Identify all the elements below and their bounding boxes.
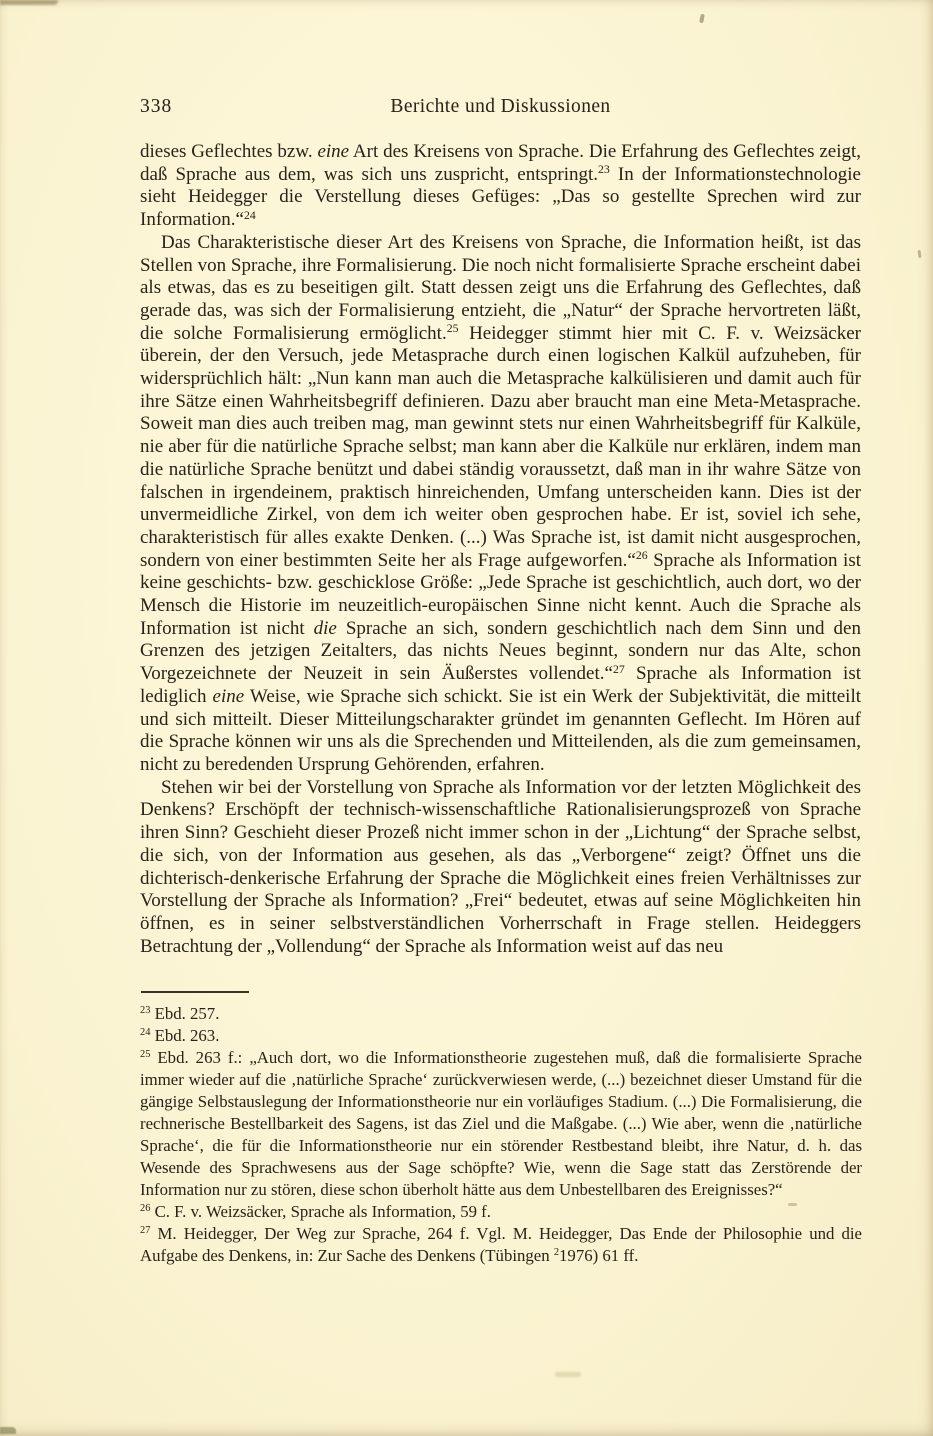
- text-run: Ebd. 257.: [150, 1004, 219, 1023]
- text-run: Ebd. 263.: [150, 1026, 219, 1045]
- footnote-ref: 2: [554, 1247, 559, 1258]
- text-run: C. F. v. Weizsäcker, Sprache als Informa…: [150, 1202, 491, 1221]
- footnote-ref: 25: [447, 322, 459, 335]
- footnote-separator-rule: [141, 991, 249, 993]
- footnote-ref: 27: [140, 1225, 150, 1236]
- text-run: Stehen wir bei der Vorstellung von Sprac…: [140, 777, 861, 957]
- footnote-25: 25 Ebd. 263 f.: „Auch dort, wo die Infor…: [140, 1047, 862, 1201]
- paragraph-continuation: dieses Geflechtes bzw. eine Art des Krei…: [140, 141, 861, 232]
- footnote-24: 24 Ebd. 263.: [140, 1025, 862, 1047]
- text-run: M. Heidegger, Der Weg zur Sprache, 264 f…: [140, 1224, 862, 1265]
- footnote-ref: 24: [244, 209, 256, 222]
- footnote-ref: 26: [140, 1203, 150, 1214]
- footnote-ref: 24: [140, 1027, 150, 1038]
- running-head: Berichte und Diskussionen: [140, 96, 861, 118]
- text-run: dieses Geflechtes bzw.: [140, 141, 317, 162]
- emphasis: eine: [317, 141, 349, 162]
- scan-smudge-top-left: [0, 0, 58, 5]
- scanned-book-page: 338 Berichte und Diskussionen dieses Gef…: [0, 0, 933, 1436]
- emphasis: eine: [213, 686, 245, 707]
- footnotes-block: 23 Ebd. 257. 24 Ebd. 263. 25 Ebd. 263 f.…: [140, 1003, 862, 1267]
- emphasis: die: [314, 618, 337, 639]
- text-run: Weise, wie Sprache sich schickt. Sie ist…: [140, 686, 861, 775]
- article-body: dieses Geflechtes bzw. eine Art des Krei…: [140, 141, 861, 958]
- footnote-26: 26 C. F. v. Weizsäcker, Sprache als Info…: [140, 1201, 862, 1223]
- footnote-ref: 23: [598, 163, 610, 176]
- footnote-23: 23 Ebd. 257.: [140, 1003, 862, 1025]
- footnote-27: 27 M. Heidegger, Der Weg zur Sprache, 26…: [140, 1223, 862, 1267]
- footnote-ref: 27: [613, 663, 625, 676]
- scan-speck-right: [917, 250, 921, 258]
- text-run: Heidegger stimmt hier mit C. F. v. Weizs…: [140, 323, 861, 571]
- scan-smudge-bottom: [555, 1372, 581, 1377]
- scan-speck-top: [699, 14, 705, 24]
- text-run: 1976) 61 ff.: [559, 1246, 638, 1265]
- footnote-ref: 23: [140, 1005, 150, 1016]
- paragraph: Stehen wir bei der Vorstellung von Sprac…: [140, 777, 861, 959]
- footnote-ref: 26: [636, 549, 648, 562]
- scan-smudge-bottom-left: [0, 1427, 16, 1434]
- footnote-ref: 25: [140, 1049, 150, 1060]
- paragraph: Das Charakteristische dieser Art des Kre…: [140, 232, 861, 777]
- text-run: Ebd. 263 f.: „Auch dort, wo die Informat…: [140, 1048, 862, 1199]
